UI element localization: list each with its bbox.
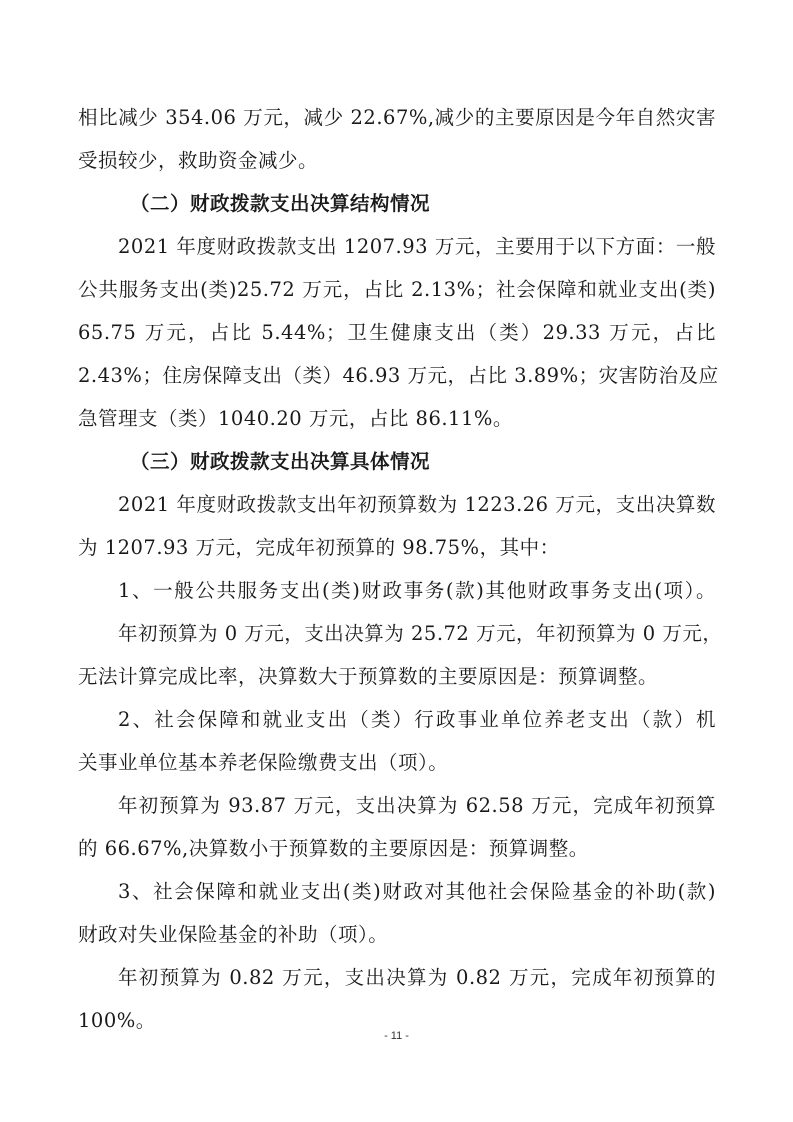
paragraph-line: 相比减少 354.06 万元，减少 22.67%,减少的主要原因是今年自然灾害 [78, 96, 716, 139]
paragraph-line: 急管理支（类）1040.20 万元，占比 86.11%。 [78, 397, 716, 440]
paragraph-line: 受损较少，救助资金减少。 [78, 139, 716, 182]
list-item-title: 1、一般公共服务支出(类)财政事务(款)其他财政事务支出(项）。 [78, 569, 716, 612]
paragraph-line: 为 1207.93 万元，完成年初预算的 98.75%，其中： [78, 526, 716, 569]
section-heading-details: （三）财政拨款支出决算具体情况 [78, 440, 716, 483]
paragraph-line: 财政对失业保险基金的补助（项）。 [78, 913, 716, 956]
paragraph-line: 无法计算完成比率，决算数大于预算数的主要原因是：预算调整。 [78, 655, 716, 698]
section-heading-structure: （二）财政拨款支出决算结构情况 [78, 182, 716, 225]
paragraph-line: 年初预算为 0.82 万元，支出决算为 0.82 万元，完成年初预算的 [78, 956, 716, 999]
paragraph-line: 2021 年度财政拨款支出 1207.93 万元，主要用于以下方面：一般 [78, 225, 716, 268]
paragraph-line: 公共服务支出(类)25.72 万元，占比 2.13%；社会保障和就业支出(类) [78, 268, 716, 311]
page-number: - 11 - [0, 1030, 793, 1042]
paragraph-line: 年初预算为 93.87 万元，支出决算为 62.58 万元，完成年初预算 [78, 784, 716, 827]
paragraph-line: 2021 年度财政拨款支出年初预算数为 1223.26 万元，支出决算数 [78, 483, 716, 526]
list-item-title: 2、社会保障和就业支出（类）行政事业单位养老支出（款）机 [78, 698, 716, 741]
document-page: 相比减少 354.06 万元，减少 22.67%,减少的主要原因是今年自然灾害 … [78, 96, 716, 1042]
paragraph-line: 年初预算为 0 万元，支出决算为 25.72 万元，年初预算为 0 万元， [78, 612, 716, 655]
paragraph-line: 的 66.67%,决算数小于预算数的主要原因是：预算调整。 [78, 827, 716, 870]
paragraph-line: 2.43%；住房保障支出（类）46.93 万元，占比 3.89%；灾害防治及应 [78, 354, 716, 397]
paragraph-line: 关事业单位基本养老保险缴费支出（项）。 [78, 741, 716, 784]
paragraph-line: 65.75 万元，占比 5.44%；卫生健康支出（类）29.33 万元，占比 [78, 311, 716, 354]
list-item-title: 3、社会保障和就业支出(类)财政对其他社会保险基金的补助(款) [78, 870, 716, 913]
